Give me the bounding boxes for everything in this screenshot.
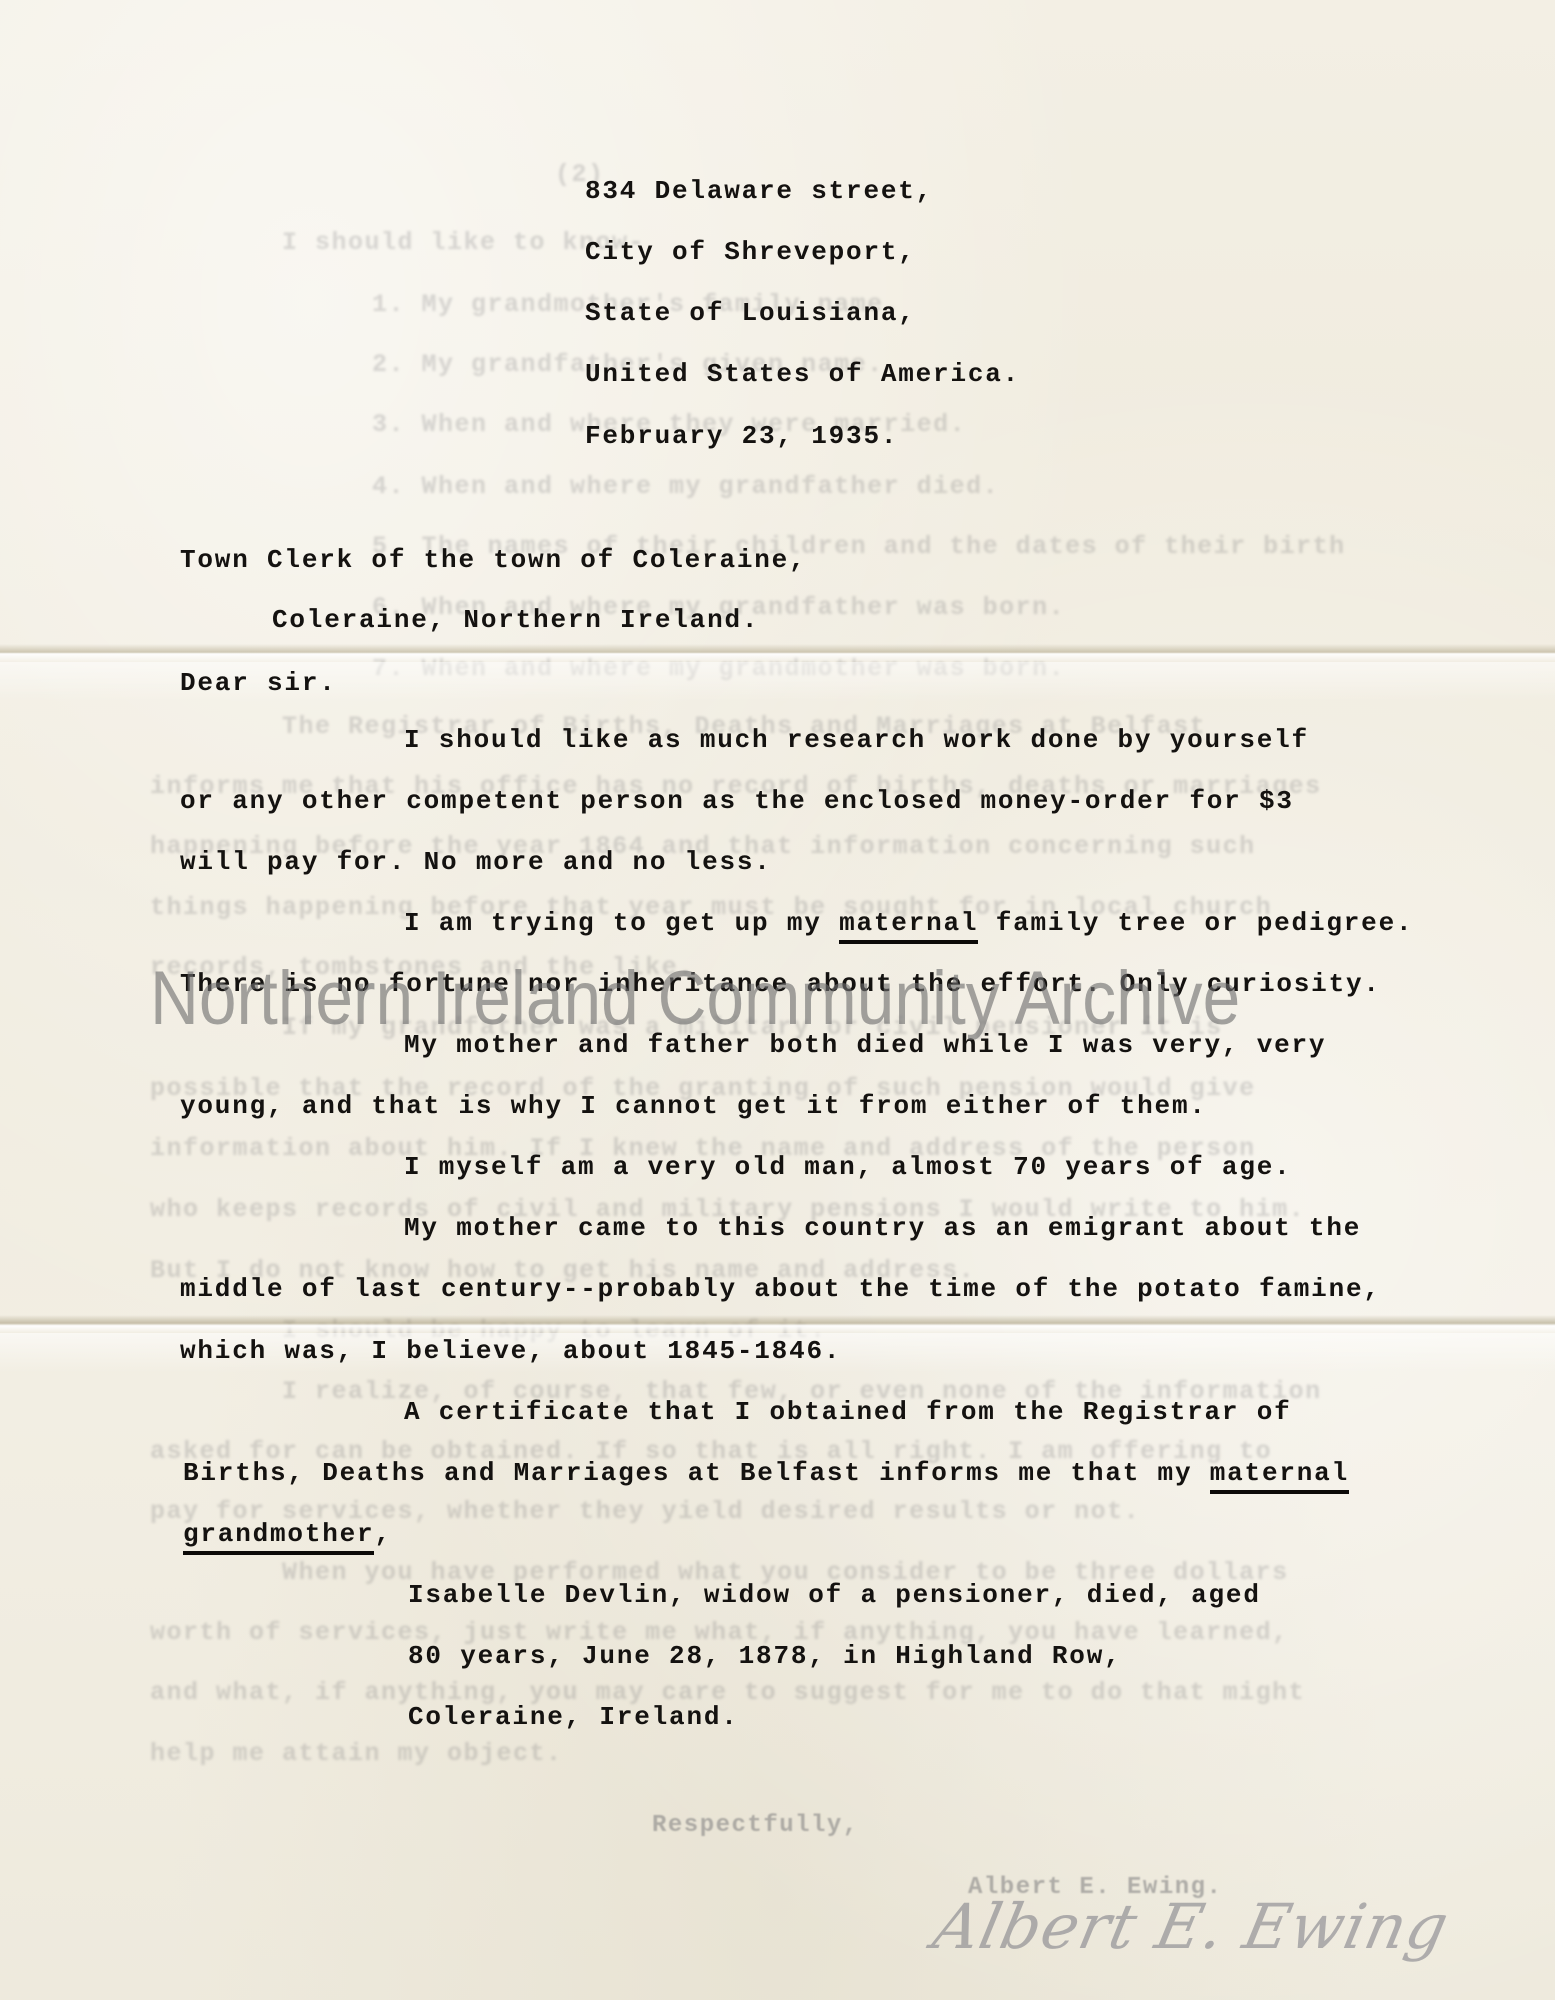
body-line: young, and that is why I cannot get it f… [180,1091,1207,1121]
body-line: Isabelle Devlin, widow of a pensioner, d… [408,1580,1261,1610]
body-text: Births, Deaths and Marriages at Belfast … [183,1458,1210,1488]
salutation: Dear sir. [180,668,337,698]
body-text: family tree or pedigree. [978,908,1413,938]
address-line: City of Shreveport, [585,237,916,267]
address-line: 834 Delaware street, [585,176,933,206]
body-line: Coleraine, Ireland. [408,1702,739,1732]
body-line: 80 years, June 28, 1878, in Highland Row… [408,1641,1122,1671]
address-line: State of Louisiana, [585,298,916,328]
body-line: grandmother, [183,1519,392,1549]
body-line: There is no fortune nor inheritance abou… [180,969,1381,999]
body-line: I am trying to get up my maternal family… [404,908,1413,938]
bleed-item: 7. When and where my grandmother was bor… [372,654,1065,683]
letter-date: February 23, 1935. [585,421,898,451]
bleed-line: help me attain my object. [150,1739,563,1768]
body-line: or any other competent person as the enc… [180,786,1294,816]
body-line: I should like as much research work done… [404,725,1309,755]
body-line: I myself am a very old man, almost 70 ye… [404,1152,1292,1182]
bleed-item: 4. When and where my grandfather died. [372,472,999,501]
body-line: A certificate that I obtained from the R… [404,1397,1292,1427]
underlined-word: maternal [1210,1458,1349,1494]
body-line: middle of last century--probably about t… [180,1274,1381,1304]
body-text: I am trying to get up my [404,908,839,938]
handwritten-signature: Albert E. Ewing [927,1890,1455,1963]
underlined-word: maternal [839,908,978,944]
body-text: , [374,1519,391,1549]
underlined-word: grandmother [183,1519,374,1555]
body-line: My mother and father both died while I w… [404,1030,1326,1060]
body-line: Births, Deaths and Marriages at Belfast … [183,1458,1349,1488]
address-line: United States of America. [585,359,1020,389]
recipient-line: Town Clerk of the town of Coleraine, [180,545,807,575]
body-line: which was, I believe, about 1845-1846. [180,1336,841,1366]
closing: Respectfully, [652,1812,859,1839]
body-line: will pay for. No more and no less. [180,847,772,877]
body-line: My mother came to this country as an emi… [404,1213,1361,1243]
recipient-line: Coleraine, Northern Ireland. [272,605,759,635]
